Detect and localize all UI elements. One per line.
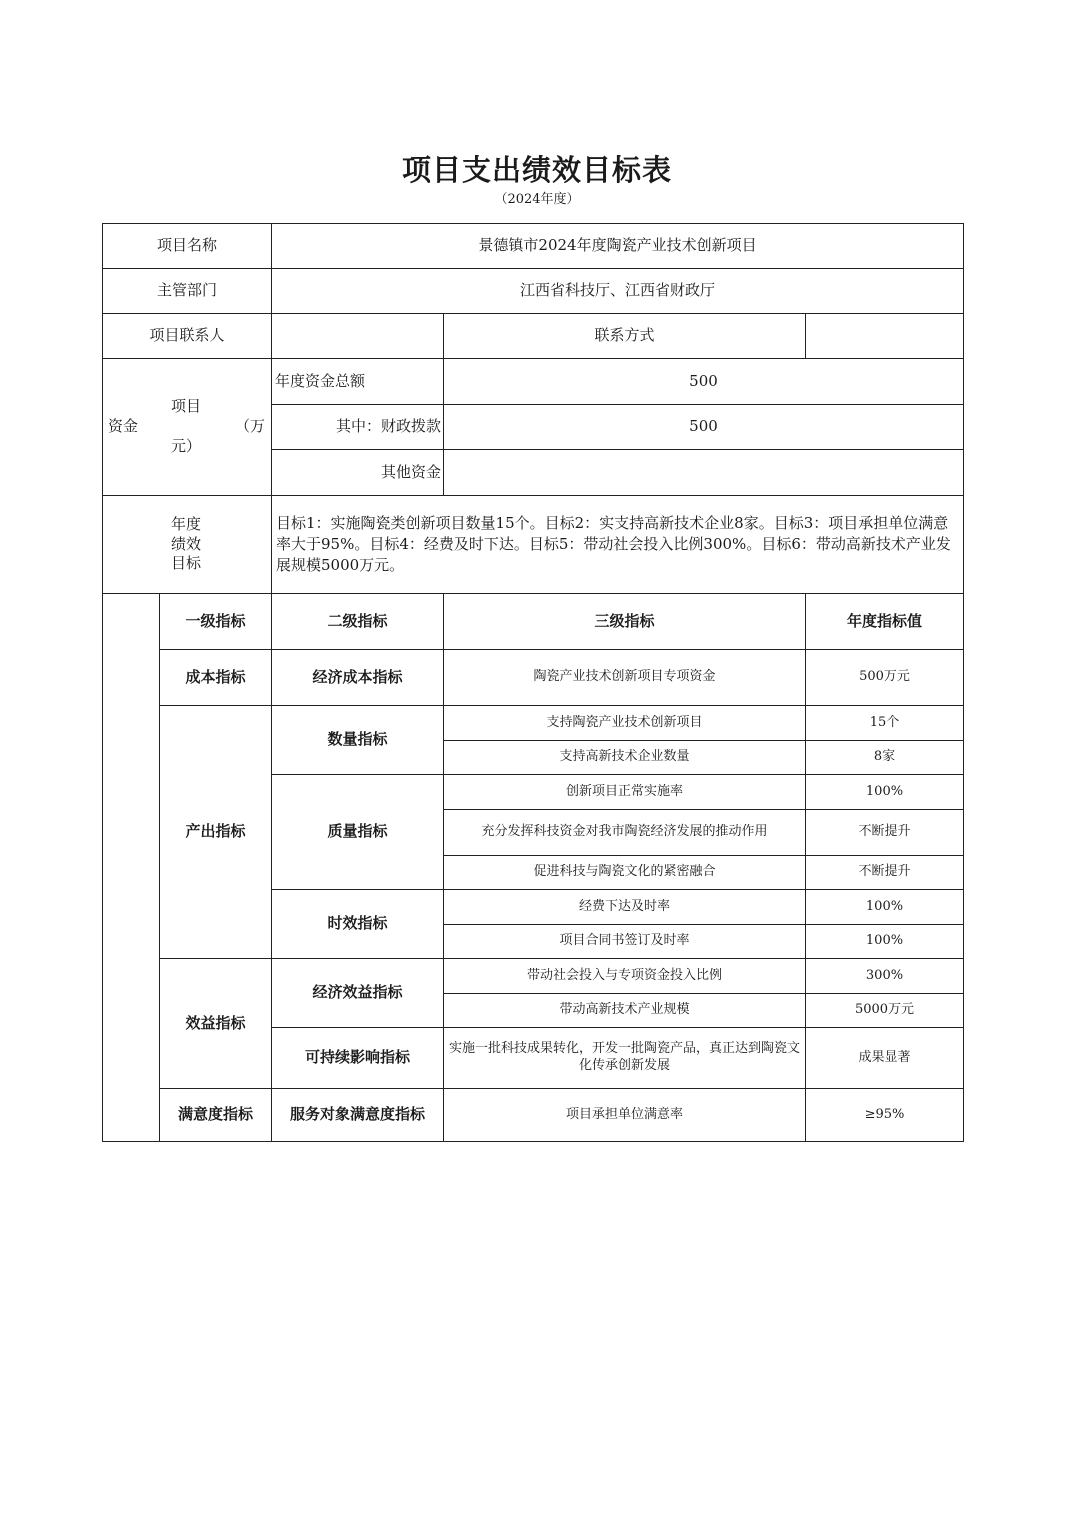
- level3-row-10: 带动高新技术产业规模: [443, 993, 806, 1028]
- funds-label-cell: 资金 项目 （万 元）: [102, 358, 272, 496]
- level2-timeliness: 时效指标: [271, 889, 444, 959]
- department-label: 主管部门: [102, 268, 272, 314]
- goals-label: 年度 绩效 目标: [102, 495, 272, 594]
- funds-fiscal-label: 其中：财政拨款: [271, 404, 444, 450]
- goals-label-line2: 绩效: [171, 535, 201, 555]
- indicators-side-cell: [102, 593, 160, 1142]
- header-level2: 二级指标: [271, 593, 444, 650]
- header-level3: 三级指标: [443, 593, 806, 650]
- level2-economic-cost: 经济成本指标: [271, 649, 444, 706]
- level3-row-2: 支持陶瓷产业技术创新项目: [443, 705, 806, 741]
- level2-quantity: 数量指标: [271, 705, 444, 775]
- value-row-2: 15个: [805, 705, 964, 741]
- goals-text: 目标1：实施陶瓷类创新项目数量15个。目标2：实支持高新技术企业8家。目标3：项…: [271, 495, 964, 594]
- value-row-5: 不断提升: [805, 809, 964, 856]
- funds-total-label: 年度资金总额: [271, 358, 444, 405]
- level2-economic-benefit: 经济效益指标: [271, 958, 444, 1028]
- level3-row-6: 促进科技与陶瓷文化的紧密融合: [443, 855, 806, 890]
- level3-row-9: 带动社会投入与专项资金投入比例: [443, 958, 806, 994]
- contact-value: [271, 313, 444, 359]
- funds-label-part4: 元）: [171, 437, 201, 457]
- value-row-11: 成果显著: [805, 1027, 964, 1089]
- page-title: 项目支出绩效目标表: [0, 148, 1074, 189]
- value-row-7: 100%: [805, 889, 964, 925]
- level3-row-12: 项目承担单位满意率: [443, 1088, 806, 1142]
- funds-fiscal-value: 500: [443, 404, 964, 450]
- department-value: 江西省科技厅、江西省财政厅: [271, 268, 964, 314]
- level3-row-7: 经费下达及时率: [443, 889, 806, 925]
- level1-benefit: 效益指标: [159, 958, 272, 1089]
- level3-row-5: 充分发挥科技资金对我市陶瓷经济发展的推动作用: [443, 809, 806, 856]
- header-level1: 一级指标: [159, 593, 272, 650]
- level1-cost: 成本指标: [159, 649, 272, 706]
- funds-label-part3: （万: [235, 417, 265, 437]
- funds-label-part1: 资金: [108, 417, 138, 437]
- value-row-8: 100%: [805, 924, 964, 959]
- value-row-1: 500万元: [805, 649, 964, 706]
- contact-method-label: 联系方式: [443, 313, 806, 359]
- contact-method-value: [805, 313, 964, 359]
- value-row-4: 100%: [805, 774, 964, 810]
- value-row-12: ≥95%: [805, 1088, 964, 1142]
- value-row-10: 5000万元: [805, 993, 964, 1028]
- page-subtitle: （2024年度）: [0, 188, 1074, 207]
- value-row-6: 不断提升: [805, 855, 964, 890]
- value-row-9: 300%: [805, 958, 964, 994]
- level3-row-8: 项目合同书签订及时率: [443, 924, 806, 959]
- level3-row-1: 陶瓷产业技术创新项目专项资金: [443, 649, 806, 706]
- level3-row-11: 实施一批科技成果转化，开发一批陶瓷产品，真正达到陶瓷文化传承创新发展: [443, 1027, 806, 1089]
- project-name-label: 项目名称: [102, 223, 272, 269]
- project-name-value: 景德镇市2024年度陶瓷产业技术创新项目: [271, 223, 964, 269]
- goals-label-line3: 目标: [171, 554, 201, 574]
- level2-service-satisfaction: 服务对象满意度指标: [271, 1088, 444, 1142]
- level2-sustainable-impact: 可持续影响指标: [271, 1027, 444, 1089]
- level1-output: 产出指标: [159, 705, 272, 959]
- funds-total-value: 500: [443, 358, 964, 405]
- goals-label-line1: 年度: [171, 515, 201, 535]
- funds-other-value: [443, 449, 964, 496]
- header-value: 年度指标值: [805, 593, 964, 650]
- funds-label-part2: 项目: [171, 397, 201, 417]
- level3-row-3: 支持高新技术企业数量: [443, 740, 806, 775]
- funds-other-label: 其他资金: [271, 449, 444, 496]
- level2-quality: 质量指标: [271, 774, 444, 890]
- value-row-3: 8家: [805, 740, 964, 775]
- level3-row-4: 创新项目正常实施率: [443, 774, 806, 810]
- level1-satisfaction: 满意度指标: [159, 1088, 272, 1142]
- contact-label: 项目联系人: [102, 313, 272, 359]
